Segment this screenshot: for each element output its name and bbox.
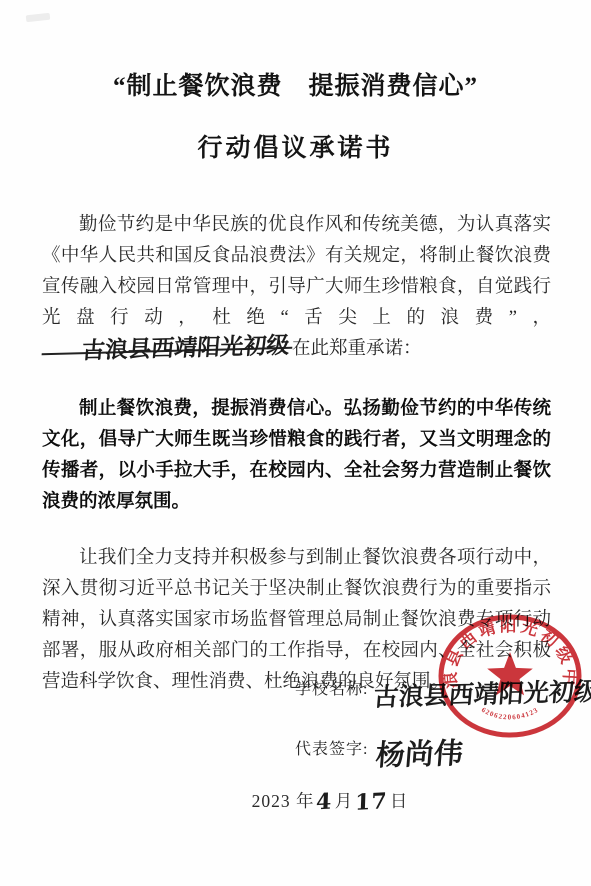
- document-title-line2: 行动倡议承诺书: [0, 128, 591, 164]
- seal-star-icon: [487, 652, 533, 695]
- document-title-line1: “制止餐饮浪费 提振消费信心”: [0, 66, 591, 102]
- scanned-pledge-document: “制止餐饮浪费 提振消费信心” 行动倡议承诺书 勤俭节约是中华民族的优良作风和传…: [0, 0, 591, 886]
- scan-artifact: [26, 13, 51, 22]
- handwritten-school-name-inline: 古浪县西靖阳光初级: [42, 346, 293, 356]
- svg-text:6206220604123: 6206220604123: [480, 706, 540, 722]
- paragraph-intro-tail: 在此郑重承诺：: [292, 339, 422, 359]
- date-year-printed: 2023 年: [252, 791, 315, 811]
- paragraph-intro: 勤俭节约是中华民族的优良作风和传统美德，为认真落实《中华人民共和国反食品浪费法》…: [42, 210, 551, 365]
- school-seal-stamp: 古浪县西靖阳光初级中学 6206220604123: [436, 612, 586, 742]
- seal-code-text: 6206220604123: [480, 706, 540, 722]
- paragraph-intro-text: 勤俭节约是中华民族的优良作风和传统美德，为认真落实《中华人民共和国反食品浪费法》…: [42, 215, 551, 328]
- representative-signature-label: 代表签字:: [295, 741, 368, 758]
- school-name-label: 学校名称:: [295, 681, 368, 698]
- date-month-printed: 月: [335, 791, 354, 811]
- date-line: 2023 年4月17日: [70, 788, 590, 815]
- paragraph-commitment: 制止餐饮浪费，提振消费信心。弘扬勤俭节约的中华传统文化，倡导广大师生既当珍惜粮食…: [42, 392, 551, 516]
- handwritten-day: 17: [355, 788, 389, 816]
- date-day-printed: 日: [390, 791, 409, 811]
- handwritten-month: 4: [316, 789, 333, 816]
